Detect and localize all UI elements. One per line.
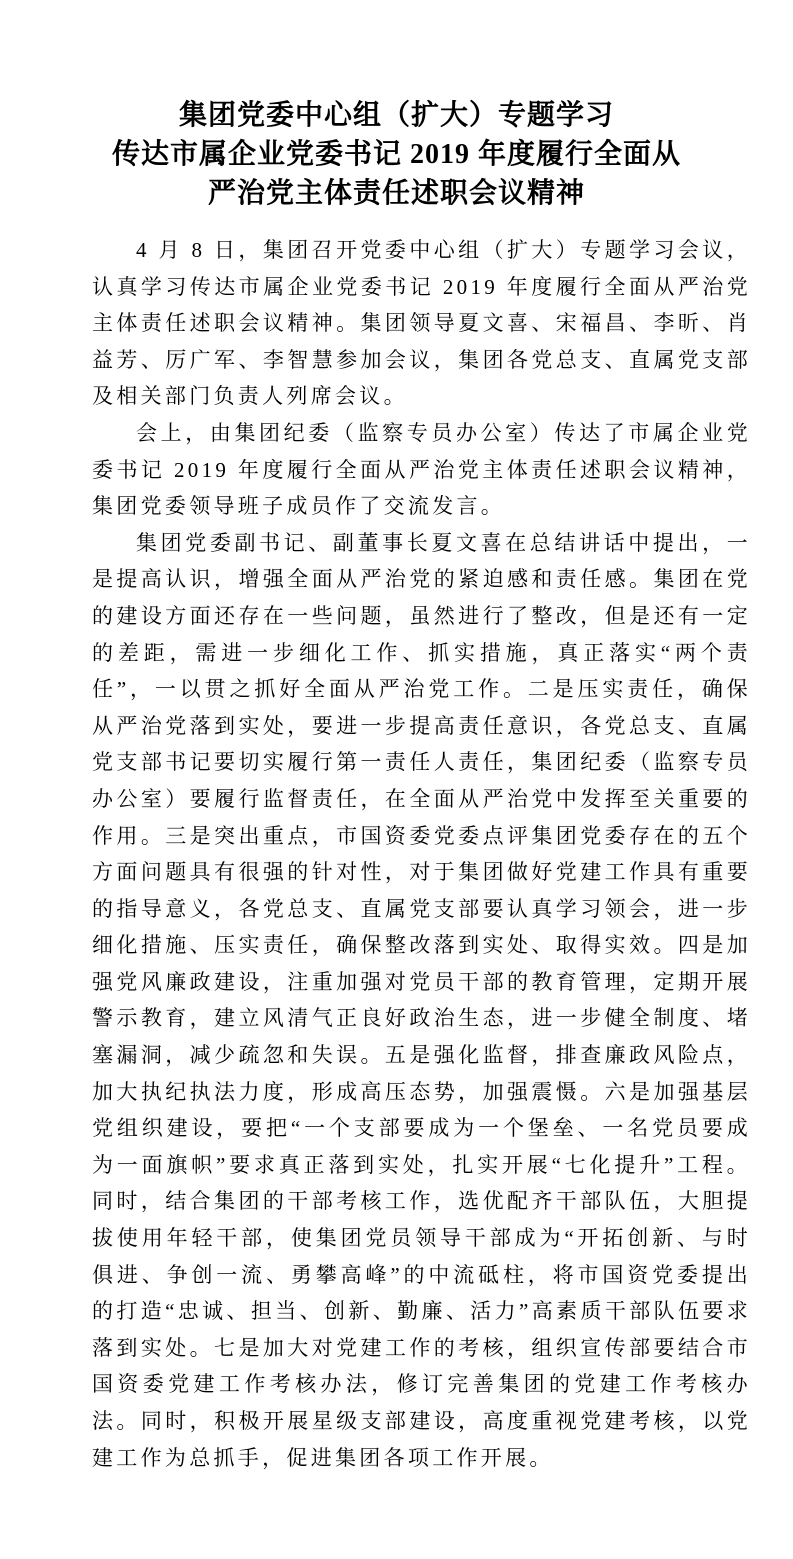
paragraph-speech-points: 集团党委副书记、副董事长夏文喜在总结讲话中提出，一是提高认识，增强全面从严治党的… [92,525,751,1476]
title-line-3: 严治党主体责任述职会议精神 [0,174,793,213]
paragraph-transmission: 会上，由集团纪委（监察专员办公室）传达了市属企业党委书记 2019 年度履行全面… [92,415,751,525]
title-line-2: 传达市属企业党委书记 2019 年度履行全面从 [0,135,793,174]
paragraph-meeting-overview: 4 月 8 日，集团召开党委中心组（扩大）专题学习会议，认真学习传达市属企业党委… [92,232,751,415]
title-line-1: 集团党委中心组（扩大）专题学习 [0,96,793,135]
document-title: 集团党委中心组（扩大）专题学习 传达市属企业党委书记 2019 年度履行全面从 … [0,96,793,213]
document-body: 4 月 8 日，集团召开党委中心组（扩大）专题学习会议，认真学习传达市属企业党委… [92,232,751,1476]
document-page: 集团党委中心组（扩大）专题学习 传达市属企业党委书记 2019 年度履行全面从 … [0,0,793,1559]
